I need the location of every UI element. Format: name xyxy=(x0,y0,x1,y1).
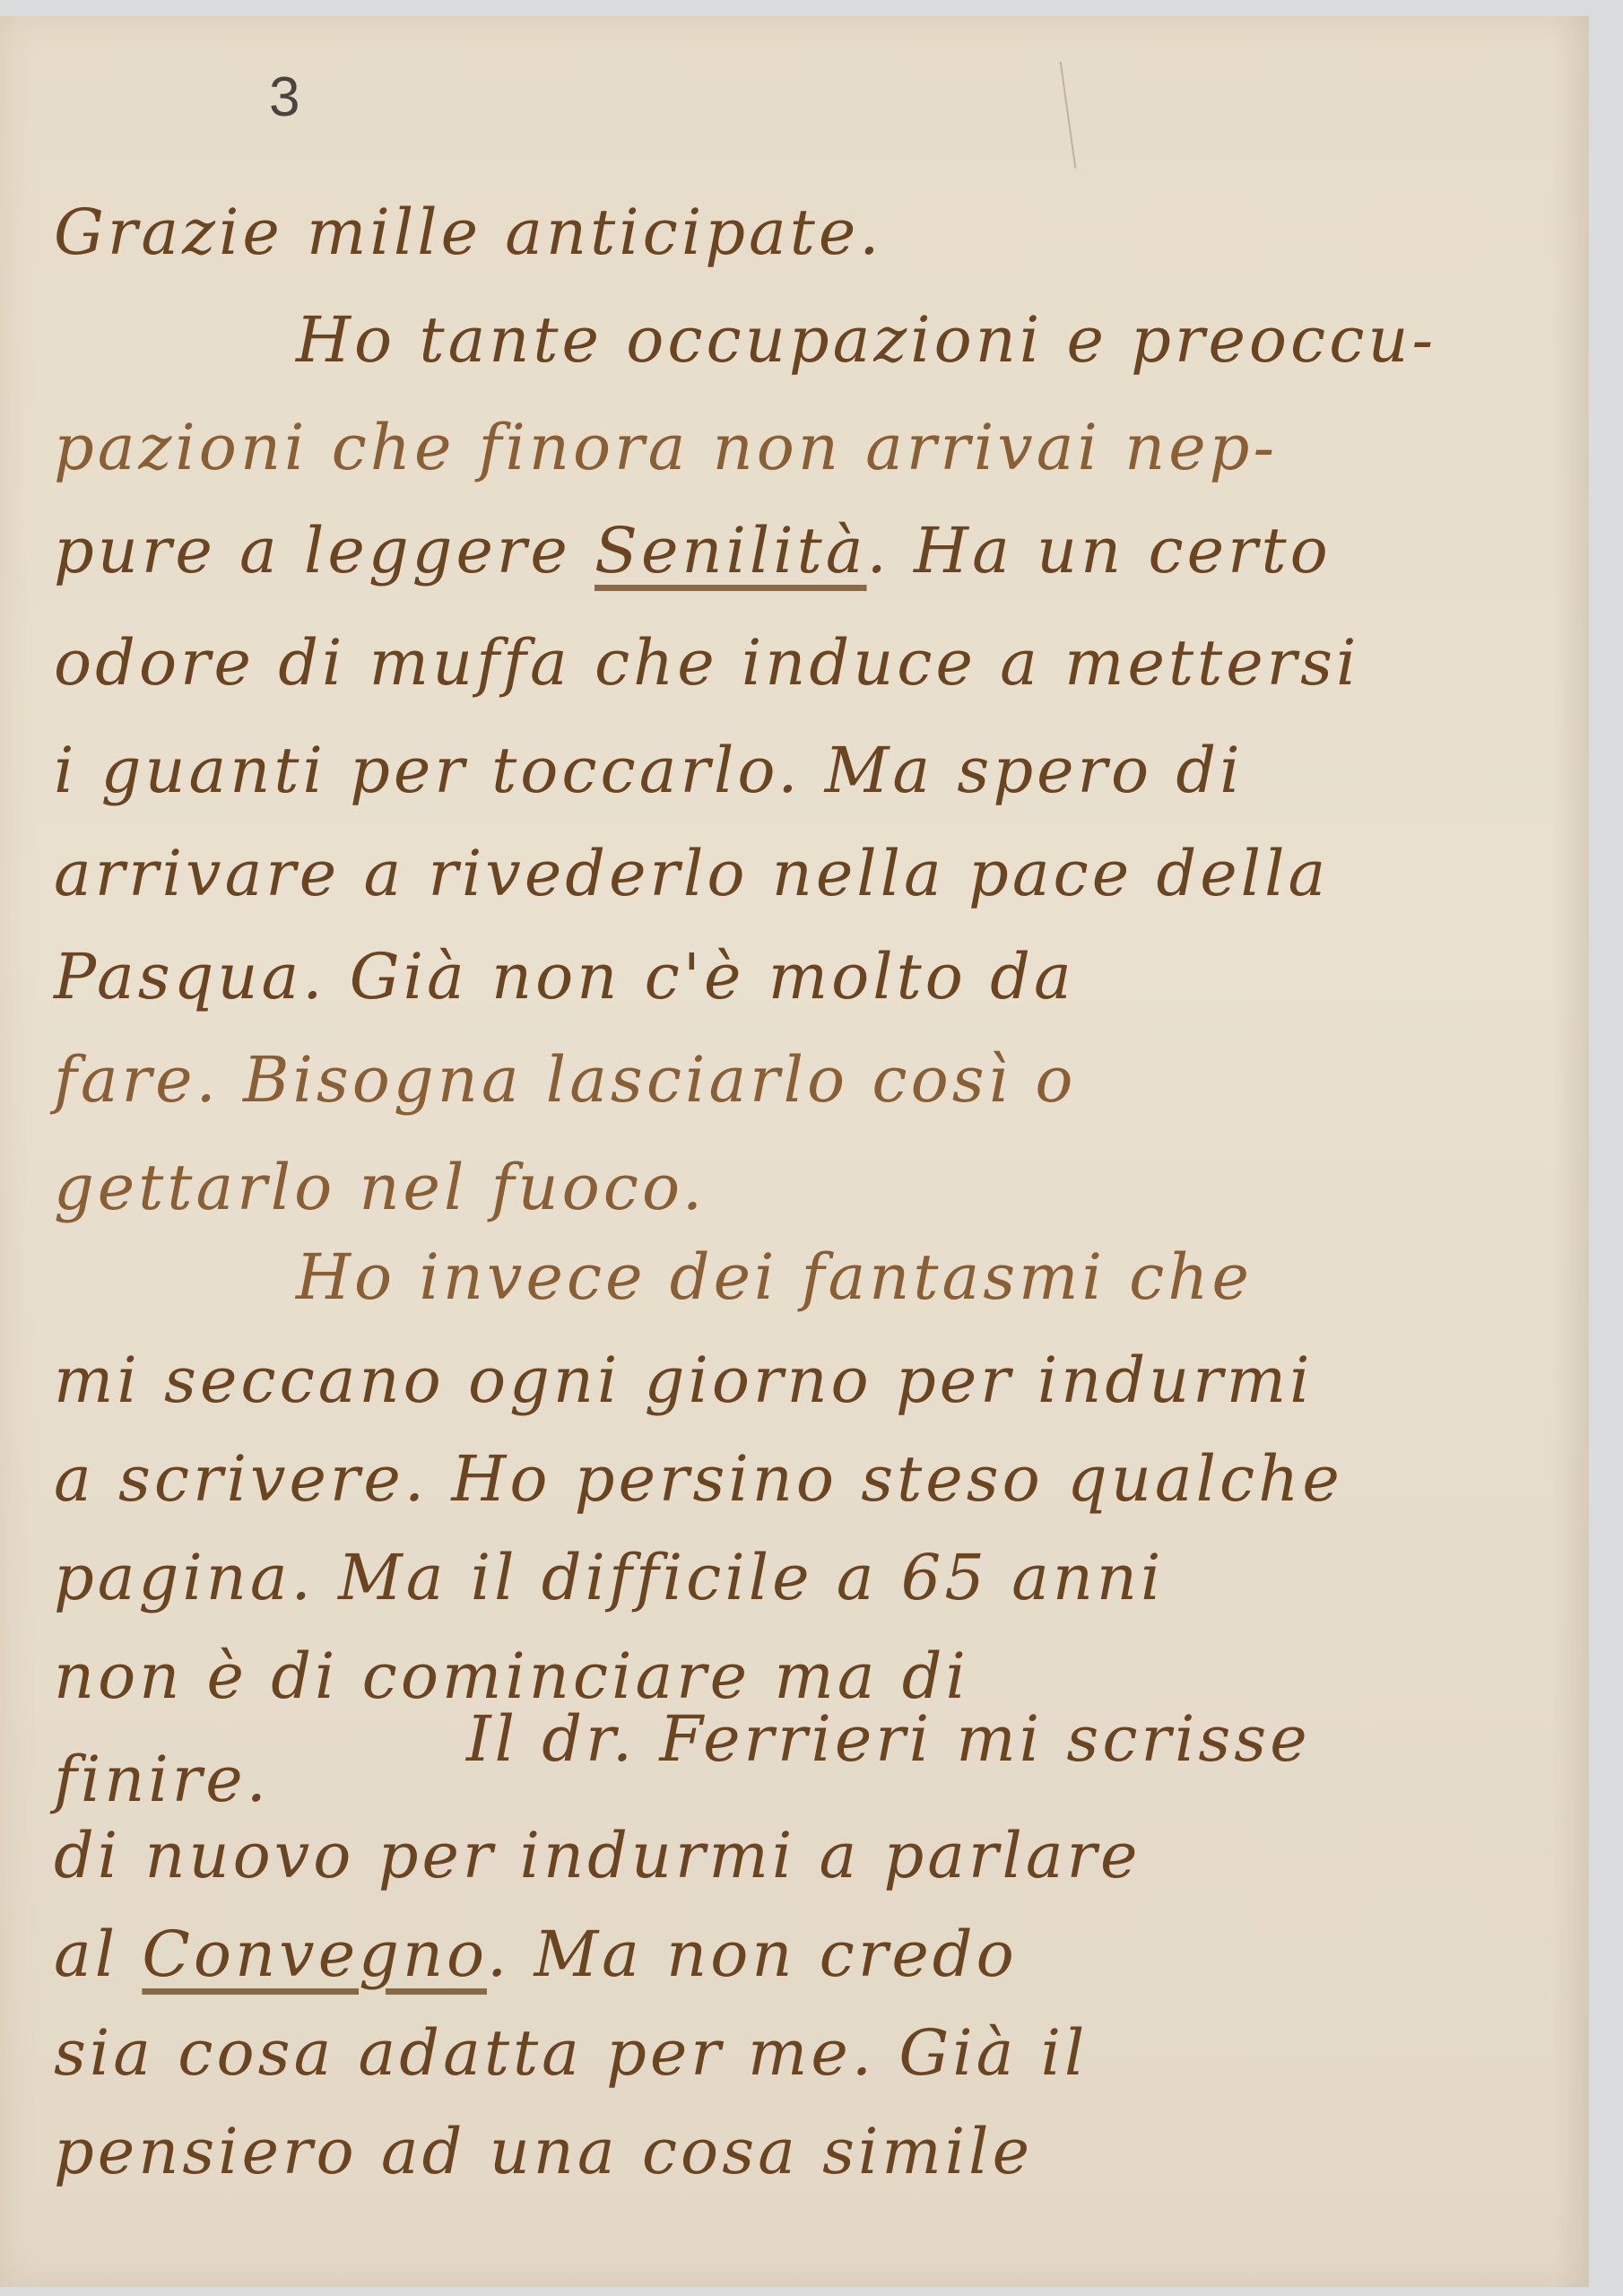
letter-line-4: pure a leggere Senilità. Ha un certo xyxy=(54,514,1332,587)
letter-page: 3 Grazie mille anticipate. Ho tante occu… xyxy=(0,16,1589,2287)
letter-line-18: di nuovo per indurmi a parlare xyxy=(54,1819,1141,1892)
letter-line-17: Il dr. Ferrieri mi scrisse xyxy=(466,1702,1311,1776)
underlined-word-convegno: Convegno xyxy=(142,1918,487,1991)
letter-line-1: Grazie mille anticipate. xyxy=(54,196,883,269)
letter-line-11: Ho invece dei fantasmi che xyxy=(296,1240,1253,1314)
letter-line-7: arrivare a rivederlo nella pace della xyxy=(54,837,1329,910)
letter-line-19: al Convegno. Ma non credo xyxy=(54,1918,1018,1991)
letter-line-13: a scrivere. Ho persino steso qualche xyxy=(54,1442,1343,1516)
line-19-tail: . Ma non credo xyxy=(487,1918,1018,1991)
letter-line-10: gettarlo nel fuoco. xyxy=(54,1151,706,1224)
underlined-word-senilita: Senilità xyxy=(595,514,867,587)
letter-line-16: finire. xyxy=(54,1743,270,1816)
letter-line-14: pagina. Ma il difficile a 65 anni xyxy=(54,1541,1164,1614)
page-number: 3 xyxy=(269,65,299,129)
letter-line-12: mi seccano ogni giorno per indurmi xyxy=(54,1344,1313,1417)
letter-line-21: pensiero ad una cosa simile xyxy=(54,2115,1033,2188)
line-4-text: pure a leggere xyxy=(54,514,595,587)
letter-line-6: i guanti per toccarlo. Ma spero di xyxy=(54,734,1244,807)
letter-line-9: fare. Bisogna lasciarlo così o xyxy=(54,1043,1076,1117)
letter-line-5: odore di muffa che induce a mettersi xyxy=(54,626,1359,700)
paper-crease xyxy=(1060,61,1077,168)
letter-line-2: Ho tante occupazioni e preoccu- xyxy=(296,303,1436,377)
letter-line-8: Pasqua. Già non c'è molto da xyxy=(54,940,1075,1013)
line-19-text: al xyxy=(54,1918,142,1991)
letter-line-3: pazioni che finora non arrivai nep- xyxy=(54,411,1278,484)
line-4-tail: . Ha un certo xyxy=(867,514,1332,587)
letter-line-20: sia cosa adatta per me. Già il xyxy=(54,2016,1088,2090)
